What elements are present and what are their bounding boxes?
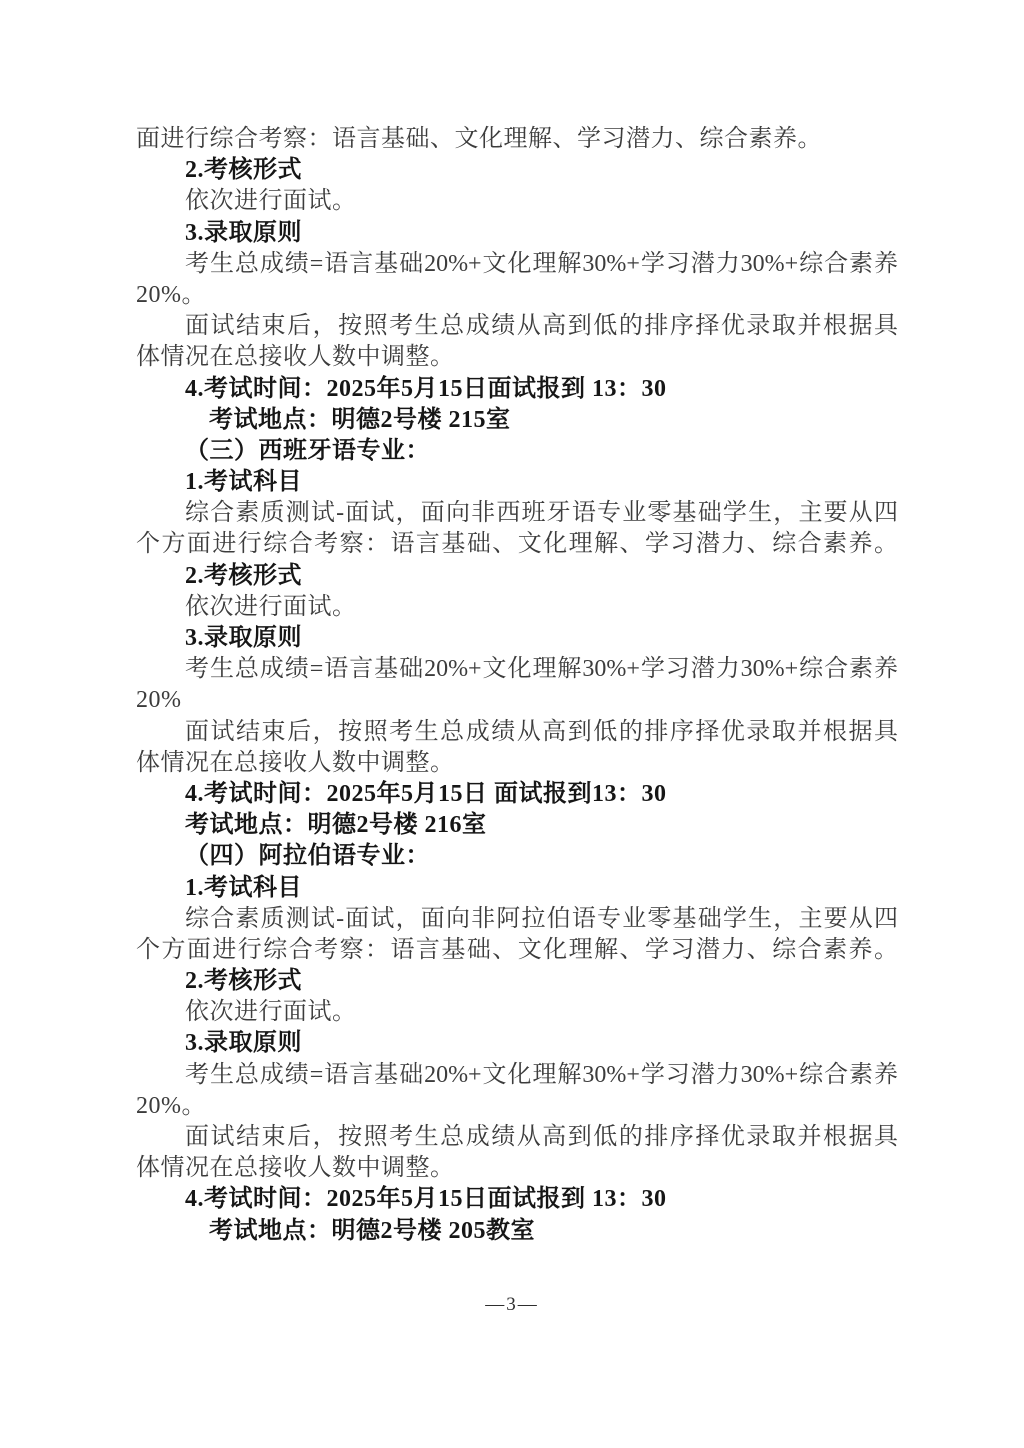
text-line: 考生总成绩=语言基础20%+文化理解30%+学习潜力30%+综合素养 <box>136 654 898 685</box>
text-line: 20% <box>136 685 898 716</box>
text-line: 1.考试科目 <box>136 873 898 904</box>
text-line: 面试结束后，按照考生总成绩从高到低的排序择优录取并根据具 <box>136 717 898 748</box>
text-line: 综合素质测试-面试，面向非西班牙语专业零基础学生，主要从四 <box>136 498 898 529</box>
text-line: 1.考试科目 <box>136 467 898 498</box>
text-line: 依次进行面试。 <box>136 186 898 217</box>
text-line: 体情况在总接收人数中调整。 <box>136 1153 898 1184</box>
text-line: 4.考试时间：2025年5月15日 面试报到13：30 <box>136 779 898 810</box>
text-line: 依次进行面试。 <box>136 997 898 1028</box>
text-line: 2.考核形式 <box>136 155 898 186</box>
page-number: —3— <box>485 1294 539 1315</box>
text-line: 个方面进行综合考察：语言基础、文化理解、学习潜力、综合素养。 <box>136 935 898 966</box>
text-line: 体情况在总接收人数中调整。 <box>136 342 898 373</box>
text-line: （四）阿拉伯语专业： <box>136 841 898 872</box>
text-line: 20%。 <box>136 280 898 311</box>
text-line: 个方面进行综合考察：语言基础、文化理解、学习潜力、综合素养。 <box>136 529 898 560</box>
document-body: 面进行综合考察：语言基础、文化理解、学习潜力、综合素养。2.考核形式依次进行面试… <box>136 124 898 1247</box>
text-line: 考生总成绩=语言基础20%+文化理解30%+学习潜力30%+综合素养 <box>136 1060 898 1091</box>
text-line: 2.考核形式 <box>136 966 898 997</box>
document-page: 面进行综合考察：语言基础、文化理解、学习潜力、综合素养。2.考核形式依次进行面试… <box>0 0 1024 1448</box>
text-line: 综合素质测试-面试，面向非阿拉伯语专业零基础学生，主要从四 <box>136 904 898 935</box>
text-line: 依次进行面试。 <box>136 592 898 623</box>
text-line: 3.录取原则 <box>136 218 898 249</box>
text-line: 3.录取原则 <box>136 623 898 654</box>
text-line: 面试结束后，按照考生总成绩从高到低的排序择优录取并根据具 <box>136 311 898 342</box>
text-line: 2.考核形式 <box>136 561 898 592</box>
text-line: 面试结束后，按照考生总成绩从高到低的排序择优录取并根据具 <box>136 1122 898 1153</box>
text-line: 考试地点：明德2号楼 205教室 <box>136 1216 898 1247</box>
text-line: 考试地点：明德2号楼 215室 <box>136 405 898 436</box>
text-line: 考生总成绩=语言基础20%+文化理解30%+学习潜力30%+综合素养 <box>136 249 898 280</box>
text-line: 4.考试时间：2025年5月15日面试报到 13：30 <box>136 374 898 405</box>
text-line: 3.录取原则 <box>136 1028 898 1059</box>
text-line: 考试地点：明德2号楼 216室 <box>136 810 898 841</box>
text-line: （三）西班牙语专业： <box>136 436 898 467</box>
text-line: 面进行综合考察：语言基础、文化理解、学习潜力、综合素养。 <box>136 124 898 155</box>
text-line: 4.考试时间：2025年5月15日面试报到 13：30 <box>136 1184 898 1215</box>
page-footer: —3— <box>0 1292 1024 1318</box>
text-line: 20%。 <box>136 1091 898 1122</box>
text-line: 体情况在总接收人数中调整。 <box>136 748 898 779</box>
